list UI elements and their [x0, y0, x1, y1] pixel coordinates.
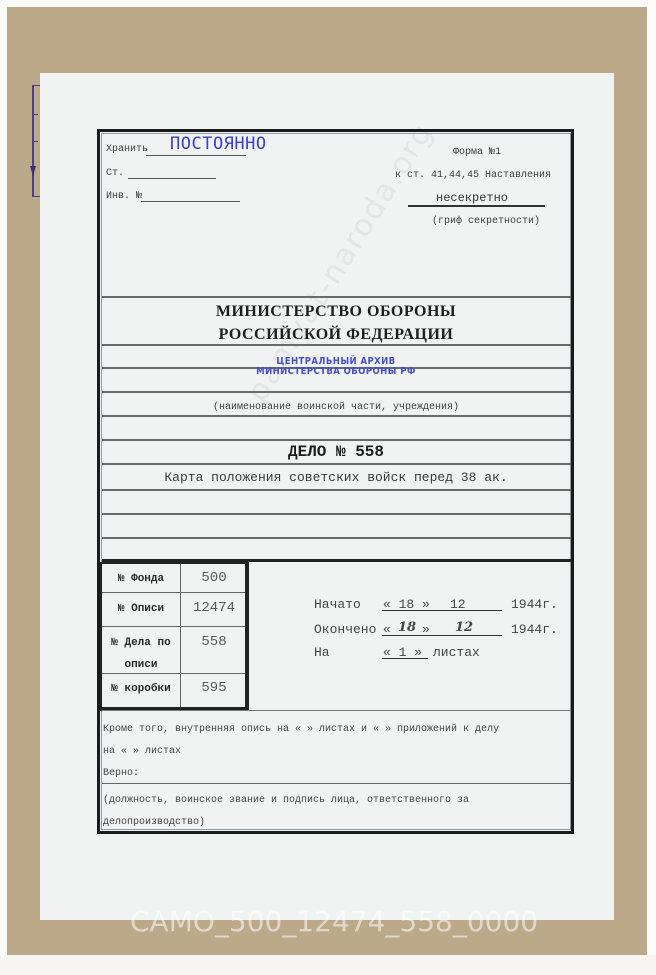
ministry-line-2: РОССИЙСКОЙ ФЕДЕРАЦИИ — [101, 326, 571, 344]
table-row-line — [102, 626, 245, 627]
ended-label: Окончено — [314, 622, 376, 637]
classification-underline — [408, 205, 545, 207]
rule-line — [102, 439, 571, 441]
st-label: Ст. — [106, 168, 124, 179]
form-reference: к ст. 41,44,45 Наставления — [395, 170, 551, 181]
delo-label-line-2: описи — [102, 659, 180, 671]
opis-value: 12474 — [181, 600, 247, 616]
rule-line — [102, 537, 571, 539]
ended-underline — [382, 635, 502, 636]
delo-value: 558 — [181, 634, 247, 650]
verified-label: Верно: — [103, 768, 139, 779]
rule-line — [102, 415, 571, 417]
box-value: 595 — [181, 680, 247, 696]
rule-line — [102, 296, 571, 298]
sheets-underline — [382, 658, 428, 659]
ended-month-handwritten: 12 — [455, 620, 473, 635]
fond-label: № Фонда — [102, 573, 180, 585]
responsible-caption-line-2: делопроизводство) — [103, 817, 205, 828]
archive-stamp-line-2: МИНИСТЕРСТВА ОБОРОНЫ РФ — [136, 366, 536, 377]
inv-underline — [141, 201, 240, 202]
started-underline — [382, 610, 502, 611]
fond-value: 500 — [181, 570, 247, 586]
case-subject: Карта положения советских войск перед 38… — [101, 470, 571, 485]
rule-line — [102, 463, 571, 465]
rule-line — [102, 344, 571, 346]
delo-label-line-1: № Дела по — [102, 637, 180, 649]
inventory-note-line-1: Кроме того, внутренняя опись на « » лист… — [103, 724, 499, 735]
keep-underline — [146, 155, 246, 156]
arrow-down-icon — [30, 166, 36, 176]
table-row-line — [102, 673, 245, 674]
classification-caption: (гриф секретности) — [432, 216, 540, 227]
responsible-caption-line-1: (должность, воинское звание и подпись ли… — [103, 795, 469, 806]
unit-caption: (наименование воинской части, учреждения… — [101, 402, 571, 413]
st-underline — [128, 178, 216, 179]
rule-line — [102, 783, 571, 784]
table-row-line — [102, 592, 245, 593]
file-id-watermark: CAMO_500_12474_558_0000 — [130, 905, 538, 938]
opis-label: № Описи — [102, 603, 180, 615]
keep-stamp: ПОСТОЯННО — [170, 134, 267, 154]
case-title: ДЕЛО № 558 — [101, 443, 571, 461]
rule-line — [102, 489, 571, 491]
ended-day-handwritten: 18 — [398, 620, 416, 635]
inv-label: Инв. № — [106, 191, 142, 202]
keep-label: Хранить — [106, 144, 148, 155]
box-label: № коробки — [102, 683, 180, 695]
inventory-note-line-2: на « » листах — [103, 746, 181, 757]
rule-line — [102, 513, 571, 515]
rule-line — [102, 391, 571, 393]
scan-background — [0, 955, 656, 975]
rule-line — [102, 710, 571, 711]
registry-table: № Фонда 500 № Описи 12474 № Дела по опис… — [100, 562, 249, 711]
ended-year: 1944г. — [511, 622, 558, 637]
classification-value: несекретно — [436, 191, 508, 205]
started-label: Начато — [314, 597, 361, 612]
started-year: 1944г. — [511, 597, 558, 612]
pencil-bracket-mark — [32, 85, 40, 197]
sheets-label: На — [314, 645, 330, 660]
form-number: Форма №1 — [453, 147, 501, 158]
sheets-suffix: листах — [433, 645, 480, 660]
ministry-line-1: МИНИСТЕРСТВО ОБОРОНЫ — [101, 303, 571, 321]
